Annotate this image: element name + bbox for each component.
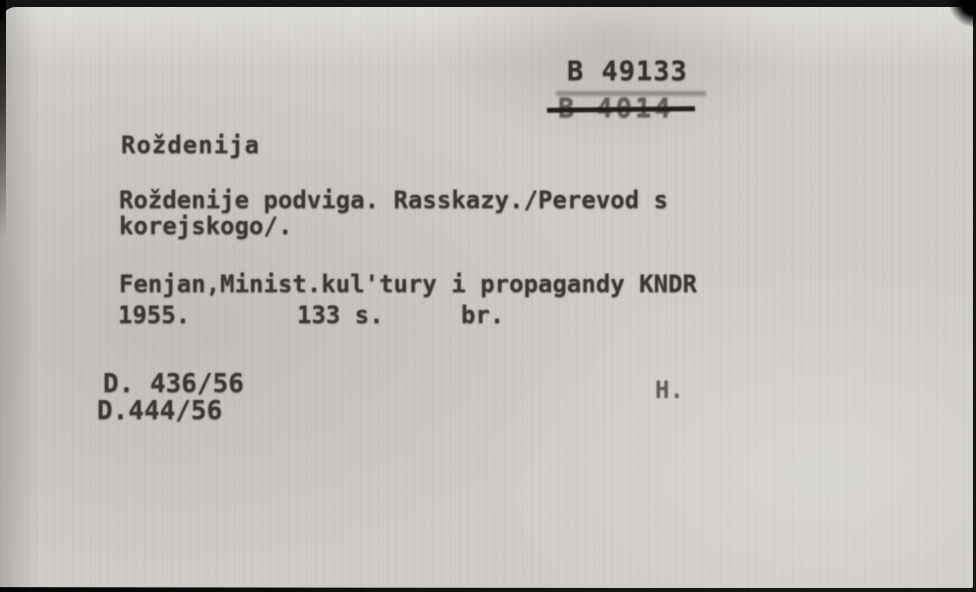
scan-edge-left xyxy=(0,0,6,240)
heading-entry: Roždenija xyxy=(121,131,260,159)
imprint-year: 1955. xyxy=(118,301,190,329)
annotation-letter: H. xyxy=(655,376,684,404)
imprint-publisher-line: Fenjan,Minist.kul'tury i propagandy KNDR xyxy=(119,270,697,298)
title-line-2: korejskogo/. xyxy=(119,212,292,240)
scan-edge-bottom xyxy=(0,587,640,592)
accession-number-2: D.444/56 xyxy=(97,396,222,426)
call-number: B 49133 xyxy=(567,56,688,87)
scan-corner-top-right xyxy=(942,0,976,30)
imprint-pagination: 133 s. xyxy=(297,301,384,329)
imprint-binding: br. xyxy=(461,301,504,329)
title-line-1: Roždenije podviga. Rasskazy./Perevod s xyxy=(119,186,668,214)
accession-number-1: D. 436/56 xyxy=(103,369,244,399)
scanned-catalog-card: B 49133 B 4014 Roždenija Roždenije podvi… xyxy=(0,0,976,592)
